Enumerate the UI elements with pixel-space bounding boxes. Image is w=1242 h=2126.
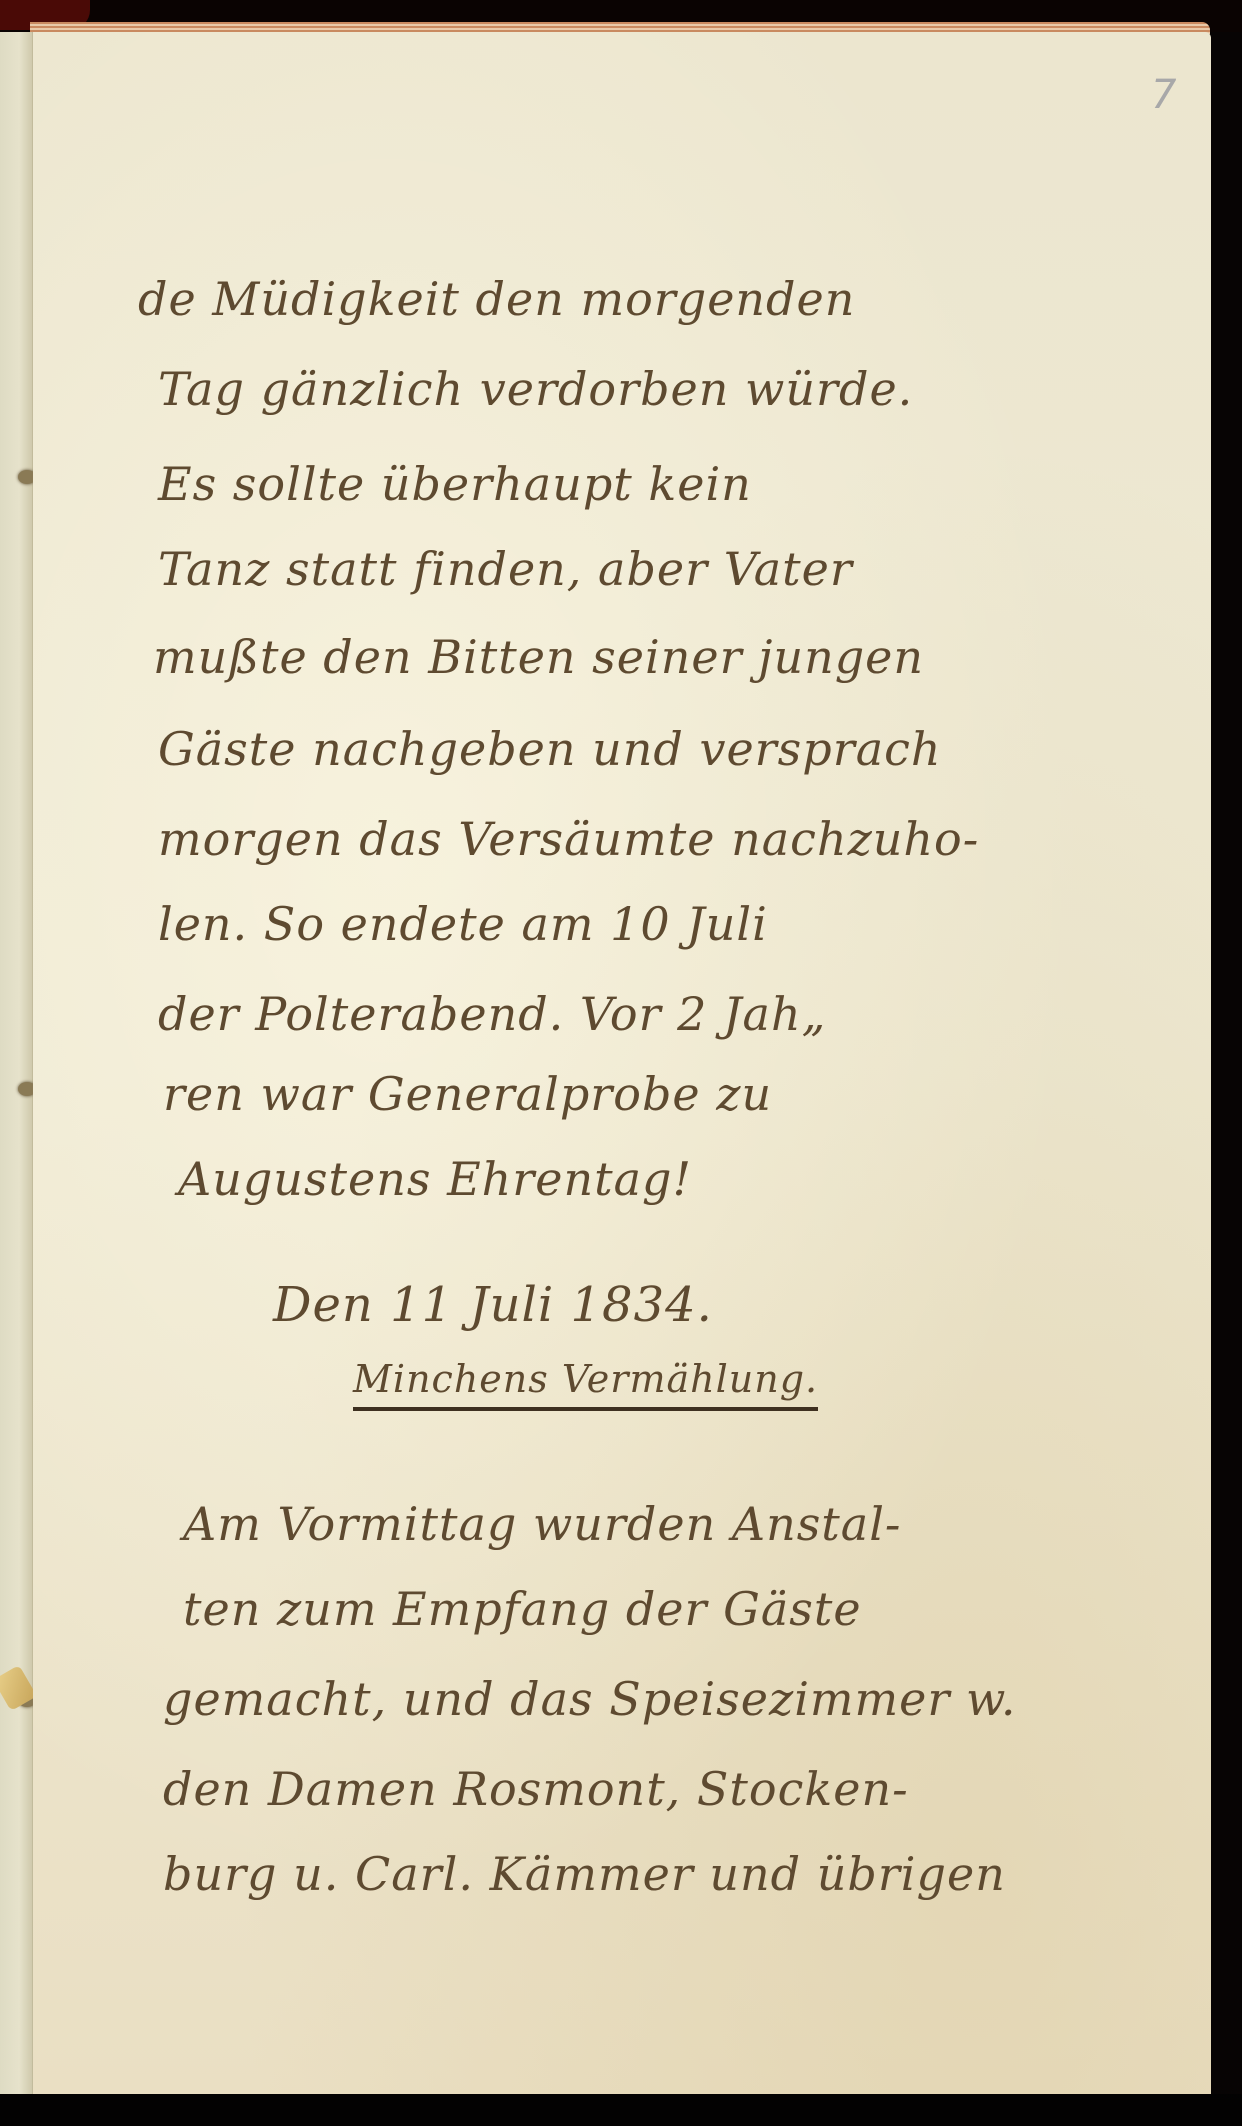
manuscript-line: gemacht, und das Speisezimmer w. <box>163 1672 1017 1726</box>
manuscript-line: ren war Generalprobe zu <box>163 1067 772 1121</box>
manuscript-line: ten zum Empfang der Gäste <box>183 1582 862 1636</box>
manuscript-line: len. So endete am 10 Juli <box>158 897 768 951</box>
manuscript-line: morgen das Versäumte nachzuho- <box>158 812 979 866</box>
manuscript-line: Gäste nachgeben und versprach <box>158 722 942 776</box>
manuscript-line: de Müdigkeit den morgenden <box>138 272 855 326</box>
page-number: 7 <box>1151 72 1176 118</box>
manuscript-page: 7 de Müdigkeit den morgenden Tag gänzlic… <box>33 32 1211 2094</box>
binding-gutter <box>0 32 33 2096</box>
manuscript-line: Augustens Ehrentag! <box>178 1152 692 1206</box>
manuscript-line: Es sollte überhaupt kein <box>158 457 752 511</box>
manuscript-line: mußte den Bitten seiner jungen <box>153 630 924 684</box>
manuscript-line: burg u. Carl. Kämmer und übrigen <box>163 1847 1006 1901</box>
manuscript-line: Tanz statt finden, aber Vater <box>158 542 853 596</box>
manuscript-line: den Damen Rosmont, Stocken- <box>163 1762 909 1816</box>
right-background <box>1211 32 1242 2094</box>
manuscript-line: Am Vormittag wurden Anstal- <box>183 1497 901 1551</box>
manuscript-line: Tag gänzlich verdorben würde. <box>158 362 913 416</box>
bottom-background <box>0 2094 1242 2126</box>
entry-heading: Minchens Vermählung. <box>353 1357 818 1411</box>
entry-date: Den 11 Juli 1834. <box>273 1277 713 1333</box>
manuscript-line: der Polterabend. Vor 2 Jah„ <box>158 987 826 1041</box>
